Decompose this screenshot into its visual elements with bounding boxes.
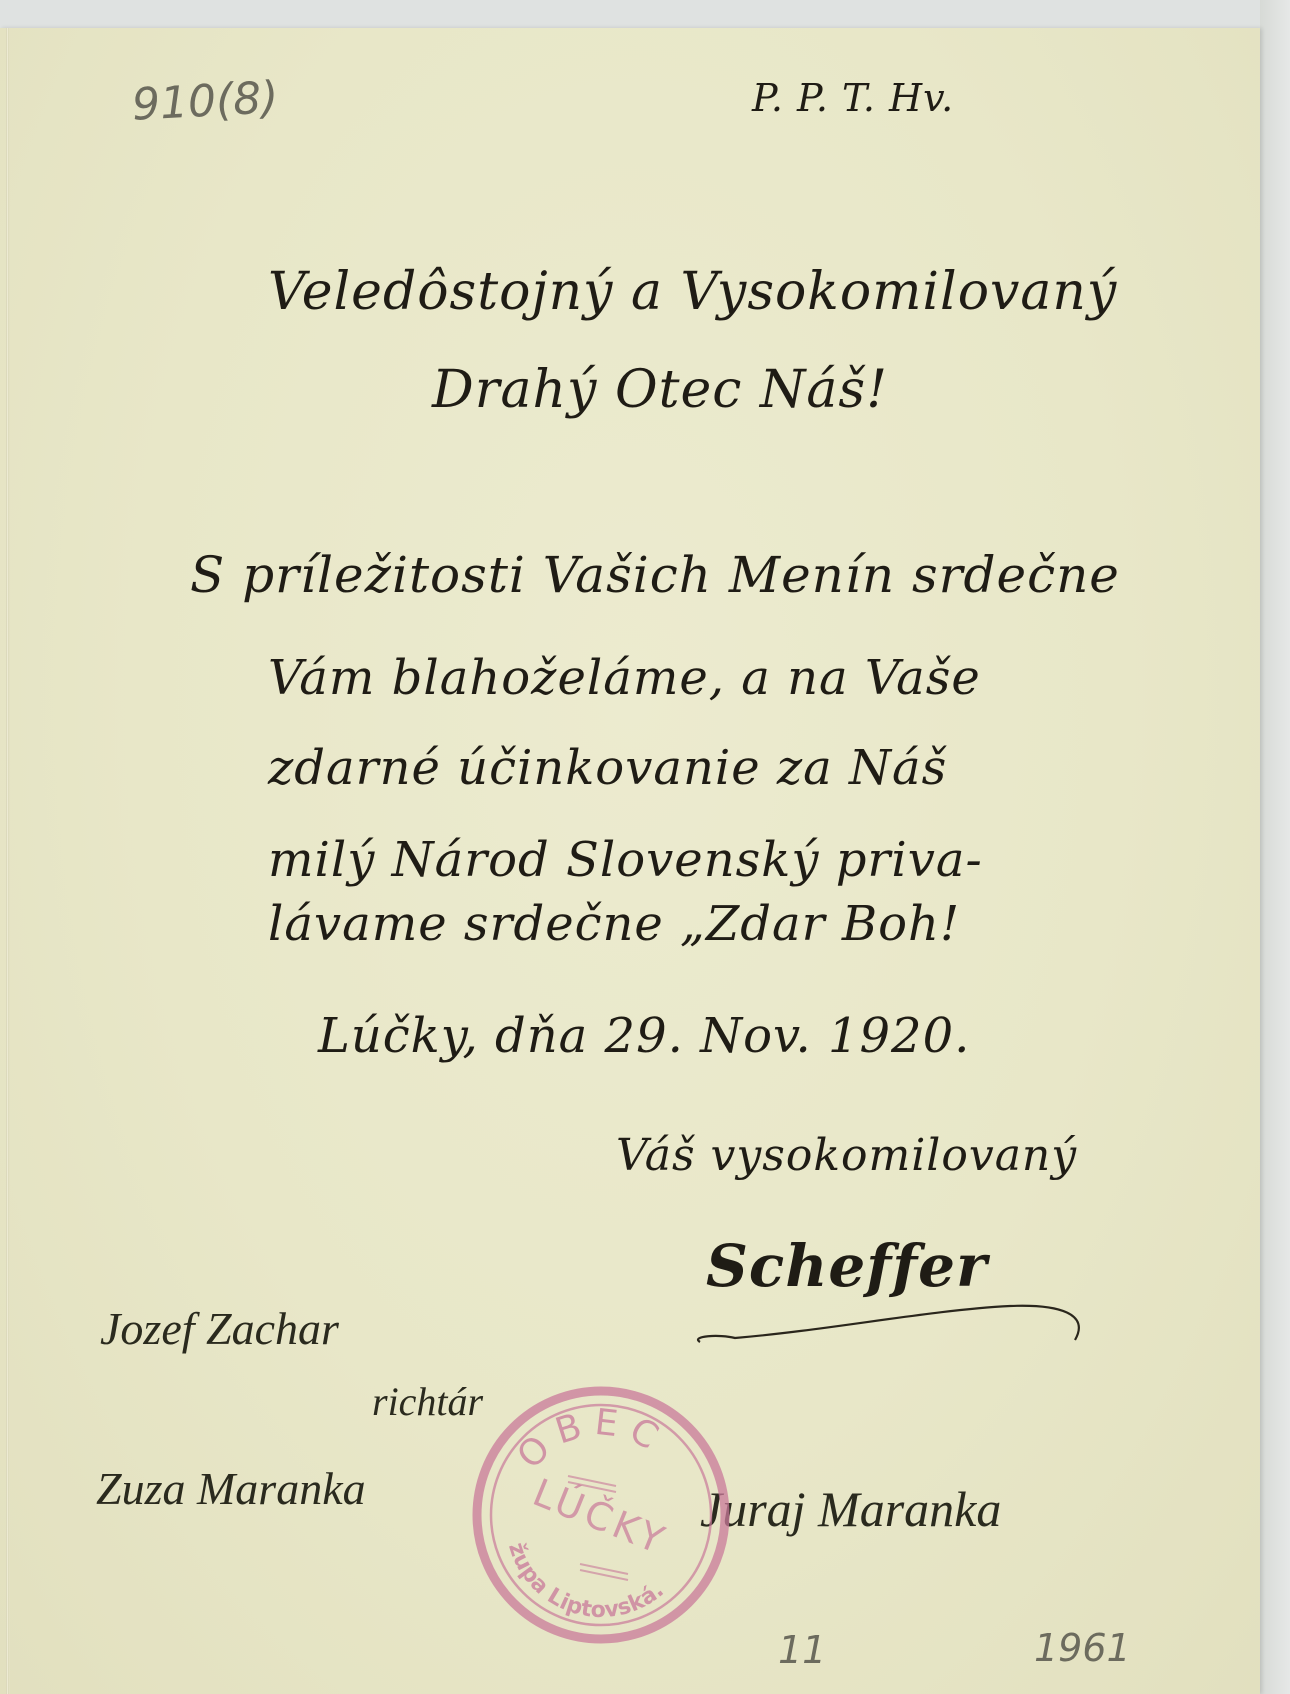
body-line-4: milý Národ Slovenský priva- bbox=[268, 832, 983, 888]
signature-flourish bbox=[680, 1300, 1140, 1380]
municipal-stamp: OBEC LÚČKY župa Liptovská. bbox=[468, 1382, 734, 1648]
signatory-jozef-zachar: Jozef Zachar bbox=[100, 1302, 339, 1355]
body-line-5: lávame srdečne „Zdar Boh! bbox=[268, 896, 960, 952]
archive-mark-top-left: 910(8) bbox=[131, 72, 280, 131]
paper-fold-edge bbox=[6, 28, 10, 1694]
scanner-backdrop-top bbox=[0, 0, 1290, 28]
salutation-line-1: Veledôstojný a Vysokomilovaný bbox=[268, 262, 1117, 322]
stamp-center-text: LÚČKY bbox=[527, 1470, 674, 1563]
signatory-title-richtar: richtár bbox=[372, 1378, 483, 1425]
scanner-backdrop-right bbox=[1260, 0, 1290, 1694]
signatory-juraj-maranka: Juraj Maranka bbox=[700, 1480, 1001, 1538]
body-line-3: zdarné účinkovanie za Náš bbox=[268, 740, 947, 796]
archive-page-number: 11 bbox=[778, 1628, 826, 1672]
body-line-2: Vám blahoželáme, a na Vaše bbox=[268, 650, 981, 706]
header-address: P. P. T. Hv. bbox=[752, 76, 954, 120]
valediction: Váš vysokomilovaný bbox=[616, 1130, 1077, 1181]
body-line-1: S príležitosti Vašich Menín srdečne bbox=[190, 546, 1120, 604]
salutation-line-2: Drahý Otec Náš! bbox=[432, 360, 888, 420]
signatory-zuza-maranka: Zuza Maranka bbox=[96, 1462, 366, 1515]
archive-mark-bottom-right: 1961 bbox=[1034, 1626, 1131, 1670]
signature: Scheffer bbox=[706, 1232, 988, 1300]
place-date: Lúčky, dňa 29. Nov. 1920. bbox=[318, 1008, 970, 1064]
